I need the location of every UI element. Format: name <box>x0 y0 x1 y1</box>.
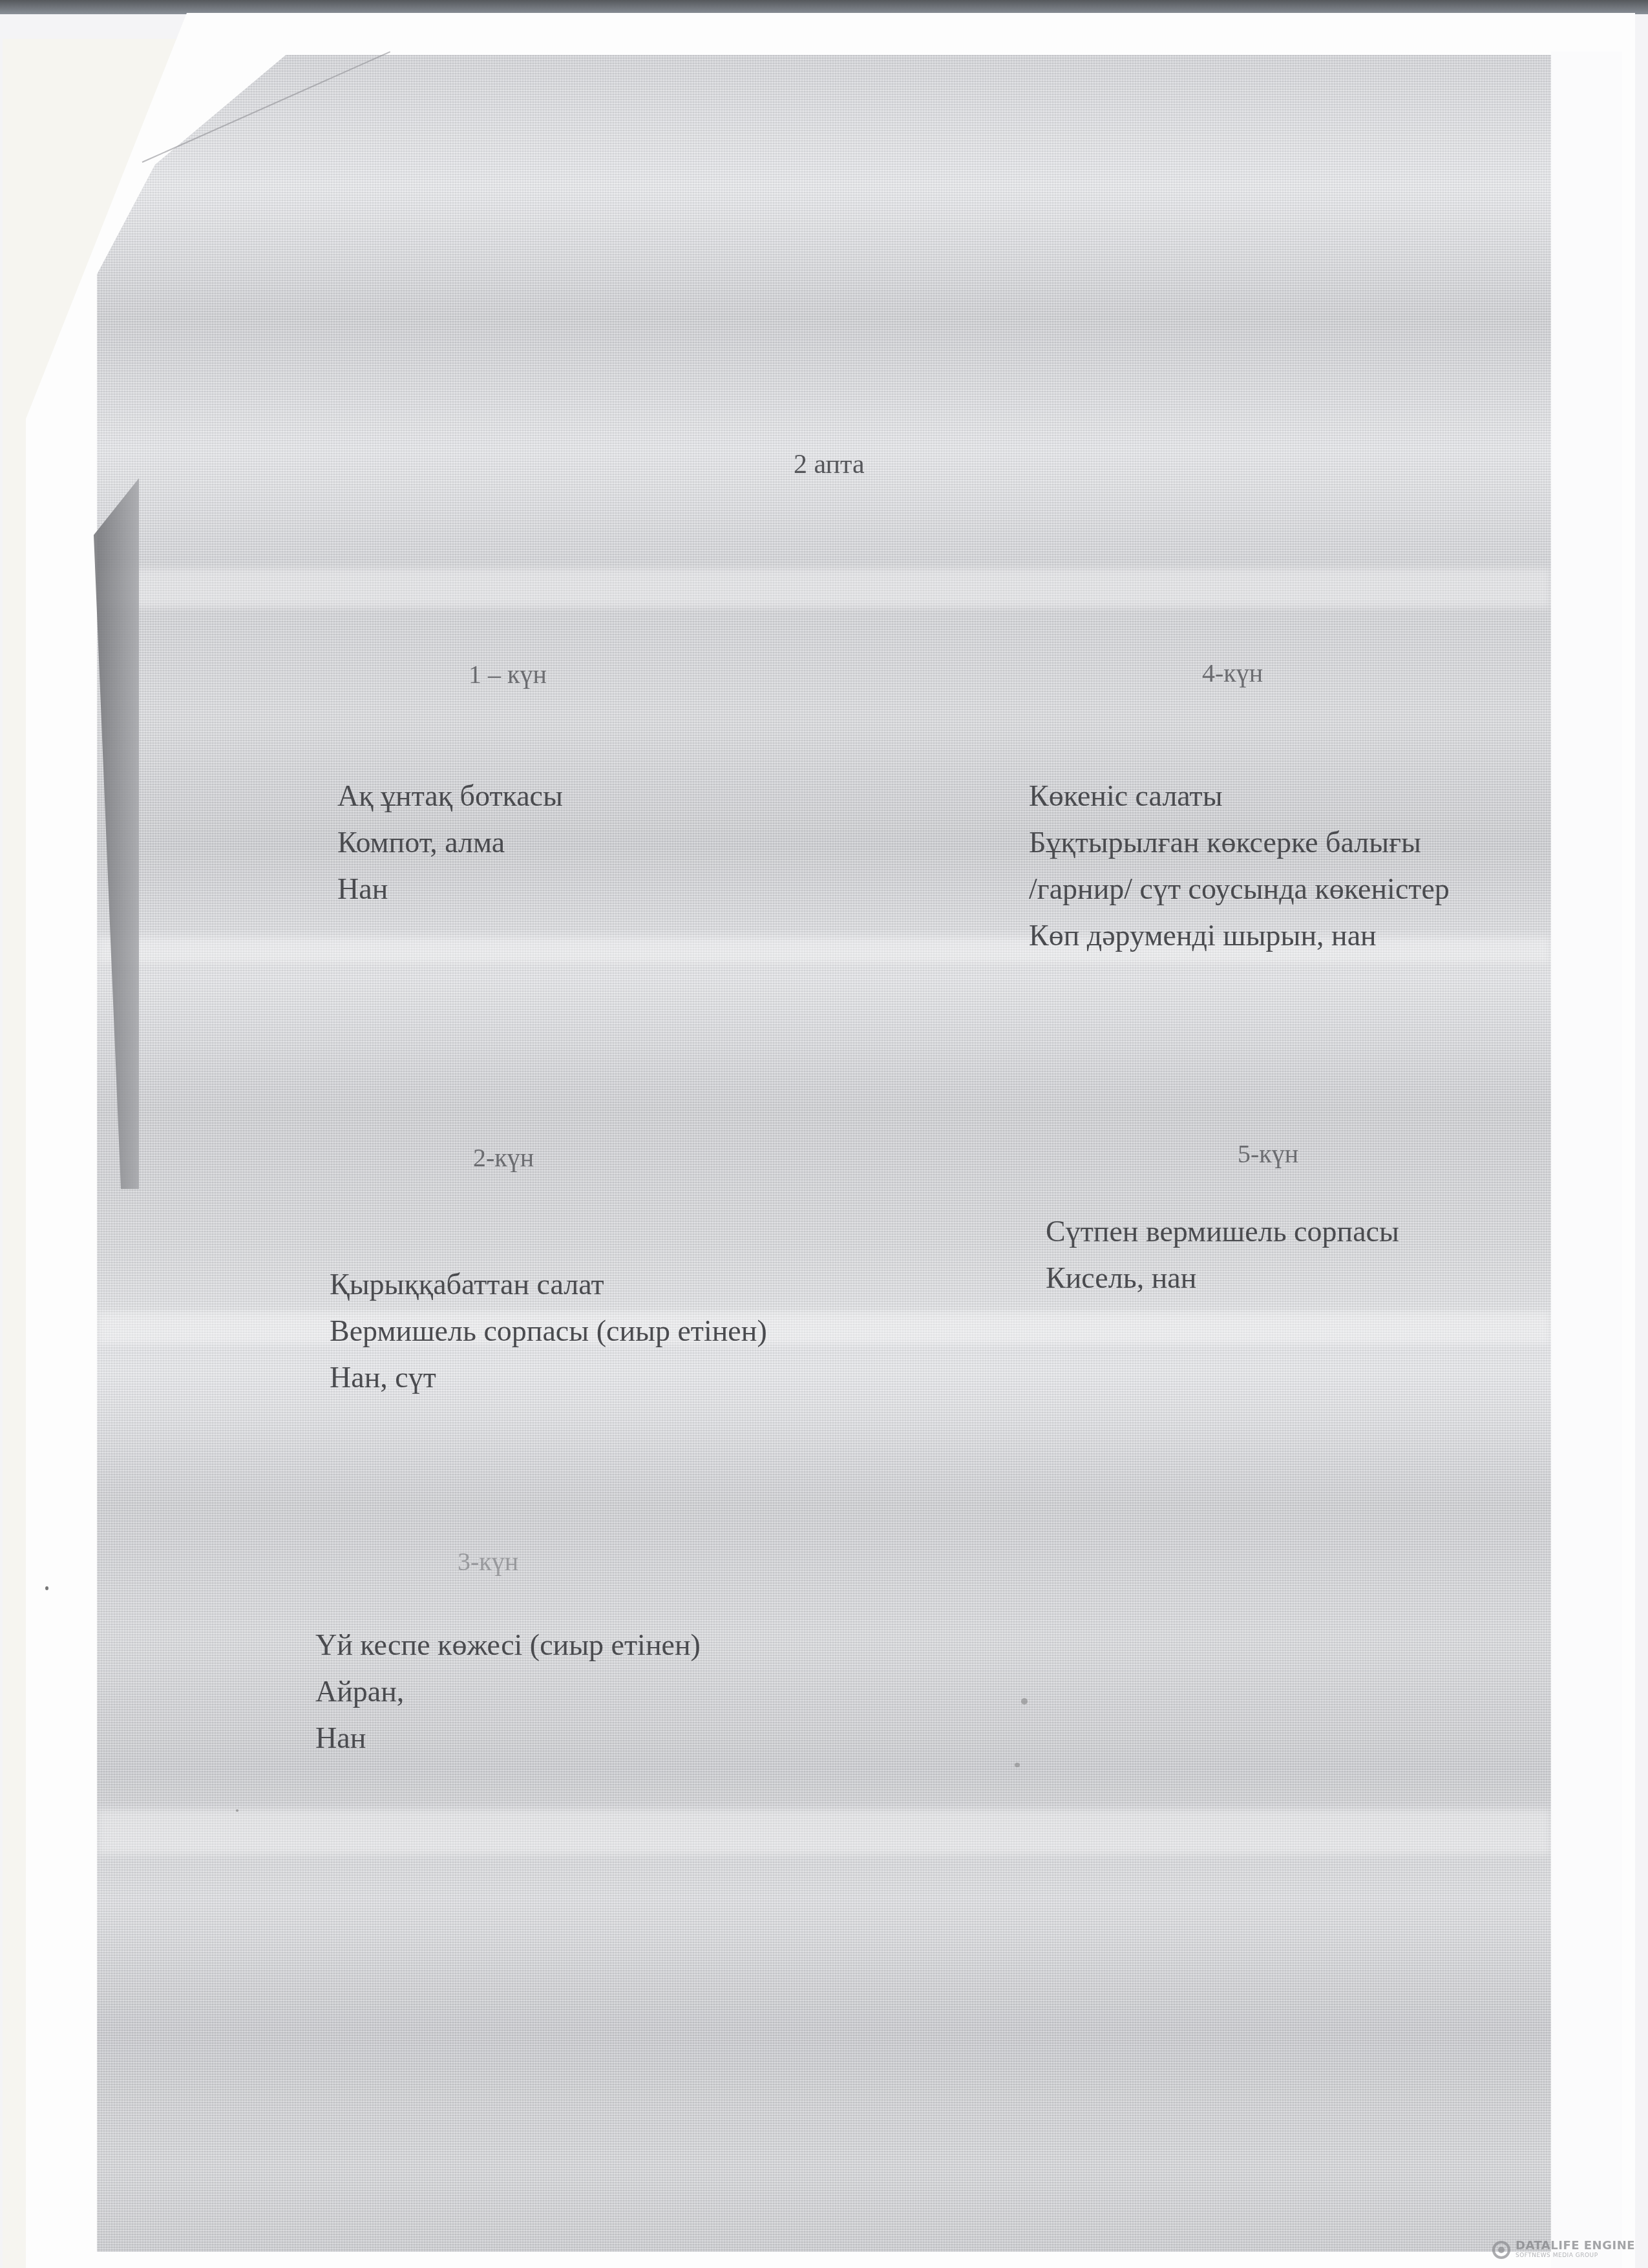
watermark: DATALIFE ENGINE SOFTNEWS MEDIA GROUP <box>1492 2240 1635 2259</box>
day-2-meals: Қырыққабаттан салат Вермишель сорпасы (с… <box>330 1261 767 1401</box>
day-1-meals: Ақ ұнтақ боткасы Компот, алма Нан <box>337 773 563 912</box>
week-title: 2 апта <box>794 449 865 480</box>
meal-item: Ақ ұнтақ боткасы <box>337 773 563 819</box>
scan-speck <box>236 1809 238 1812</box>
meal-item: Нан <box>337 866 563 912</box>
meal-item: Үй кеспе көжесі (сиыр етінен) <box>315 1622 701 1668</box>
scan-speck <box>45 1586 48 1590</box>
meal-item: Нан <box>315 1715 701 1761</box>
meal-item: Бұқтырылған көксерке балығы <box>1029 819 1450 866</box>
day-4-title: 4-күн <box>1202 658 1263 688</box>
day-3-title: 3-күн <box>458 1546 518 1577</box>
scan-speck <box>1015 1763 1020 1767</box>
meal-item: Нан, сүт <box>330 1354 767 1401</box>
meal-item: Қырыққабаттан салат <box>330 1261 767 1308</box>
day-2-title: 2-күн <box>473 1142 534 1173</box>
scan-band <box>97 569 1551 607</box>
scan-band <box>97 1312 1551 1344</box>
day-3-meals: Үй кеспе көжесі (сиыр етінен) Айран, Нан <box>315 1622 701 1761</box>
photocopy-page <box>97 55 1551 2252</box>
day-5-title: 5-күн <box>1238 1139 1298 1169</box>
meal-item: Вермишель сорпасы (сиыр етінен) <box>330 1308 767 1354</box>
meal-item: Көп дәруменді шырын, нан <box>1029 912 1450 959</box>
meal-item: Көкеніс салаты <box>1029 773 1450 819</box>
meal-item: /гарнир/ сүт соусында көкеністер <box>1029 866 1450 912</box>
meal-item: Компот, алма <box>337 819 563 866</box>
watermark-subtitle: SOFTNEWS MEDIA GROUP <box>1516 2253 1635 2259</box>
meal-item: Айран, <box>315 1668 701 1715</box>
day-1-title: 1 – күн <box>469 659 547 689</box>
day-5-meals: Сүтпен вермишель сорпасы Кисель, нан <box>1046 1208 1399 1301</box>
scan-speck <box>1021 1698 1028 1705</box>
meal-item: Сүтпен вермишель сорпасы <box>1046 1208 1399 1255</box>
eye-logo-icon <box>1492 2241 1510 2259</box>
day-4-meals: Көкеніс салаты Бұқтырылған көксерке балы… <box>1029 773 1450 959</box>
scanner-edge <box>0 0 1648 14</box>
watermark-title: DATALIFE ENGINE <box>1516 2240 1635 2252</box>
scan-band <box>97 1809 1551 1854</box>
paper-margin-right <box>1551 52 1622 2268</box>
meal-item: Кисель, нан <box>1046 1255 1399 1301</box>
paper-margin-left <box>31 452 96 2268</box>
